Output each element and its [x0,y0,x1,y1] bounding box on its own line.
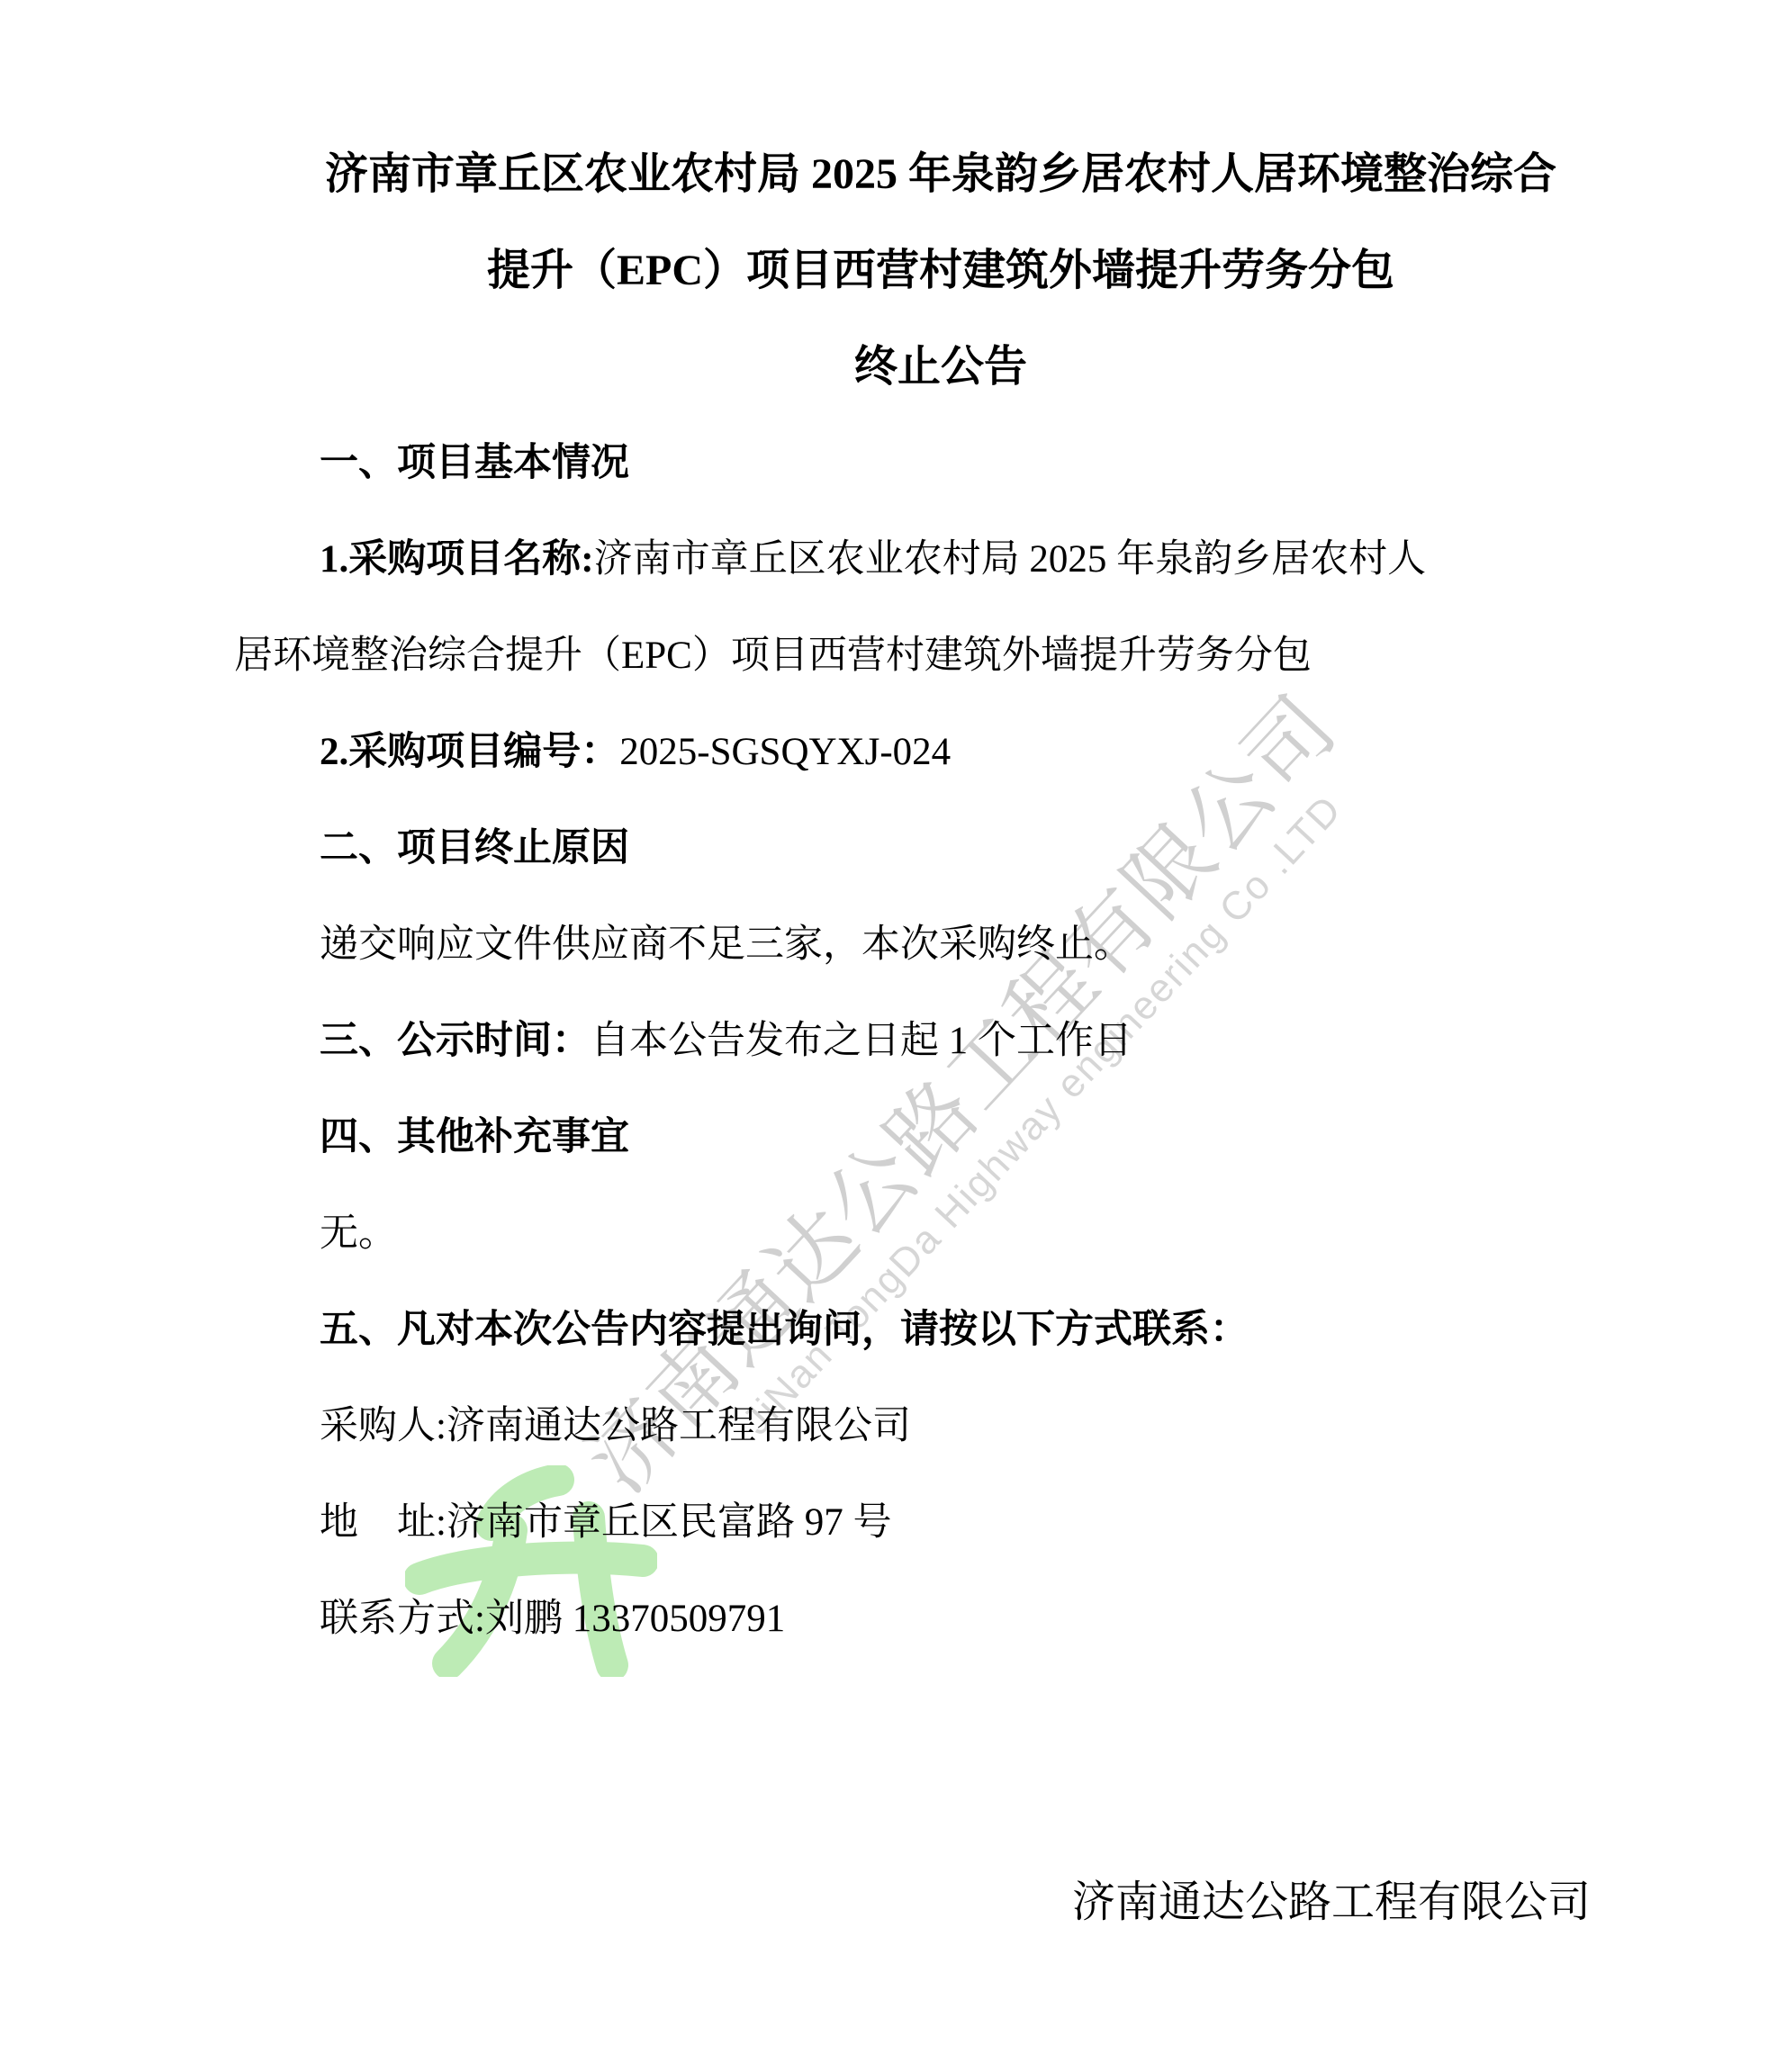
section3-line: 三、公示时间：自本公告发布之日起 1 个工作日 [234,993,1566,1089]
contact-address-value: 济南市章丘区民富路 97 号 [446,1501,892,1544]
title-line-1: 济南市章丘区农业农村局 2025 年泉韵乡居农村人居环境整治综合 [234,126,1566,222]
signature-company-name: 济南通达公路工程有限公司 [1072,1854,1591,1950]
section1-heading: 一、项目基本情况 [234,415,1566,511]
document-body: 济南市章丘区农业农村局 2025 年泉韵乡居农村人居环境整治综合 提升（EPC）… [234,126,1566,1667]
contact-buyer-line: 采购人:济南通达公路工程有限公司 [234,1378,1566,1474]
item1-line2: 居环境整治综合提升（EPC）项目西营村建筑外墙提升劳务分包 [234,608,1566,704]
item2-line: 2.采购项目编号：2025-SGSQYXJ-024 [234,704,1566,800]
contact-phone-line: 联系方式:刘鹏 13370509791 [234,1571,1566,1667]
contact-address-line: 地 址:济南市章丘区民富路 97 号 [234,1474,1566,1571]
announcement-page: { "page": { "background": "#ffffff" }, "… [0,0,1786,2072]
contact-buyer-value: 济南通达公路工程有限公司 [446,1405,911,1447]
section2-body: 递交响应文件供应商不足三家，本次采购终止。 [234,896,1566,993]
item1-label: 1.采购项目名称: [320,538,594,581]
section3-value: 自本公告发布之日起 1 个工作日 [591,1020,1132,1062]
section3-label: 三、公示时间： [320,1020,591,1062]
item2-label: 2.采购项目编号： [320,731,619,773]
contact-buyer-label: 采购人: [320,1405,446,1447]
item1-value-line1: 济南市章丘区农业农村局 2025 年泉韵乡居农村人 [594,538,1427,581]
contact-address-label: 地 址: [320,1501,446,1544]
section4-heading: 四、其他补充事宜 [234,1089,1566,1185]
section5-heading: 五、凡对本次公告内容提出询问，请按以下方式联系： [234,1282,1566,1378]
title-line-3: 终止公告 [234,319,1566,415]
item1-line1: 1.采购项目名称:济南市章丘区农业农村局 2025 年泉韵乡居农村人 [234,511,1566,608]
section4-body: 无。 [234,1185,1566,1282]
contact-phone-value: 刘鹏 13370509791 [485,1598,785,1640]
section2-heading: 二、项目终止原因 [234,800,1566,896]
contact-phone-label: 联系方式: [320,1598,485,1640]
title-line-2: 提升（EPC）项目西营村建筑外墙提升劳务分包 [234,222,1566,319]
item2-value: 2025-SGSQYXJ-024 [619,731,951,773]
